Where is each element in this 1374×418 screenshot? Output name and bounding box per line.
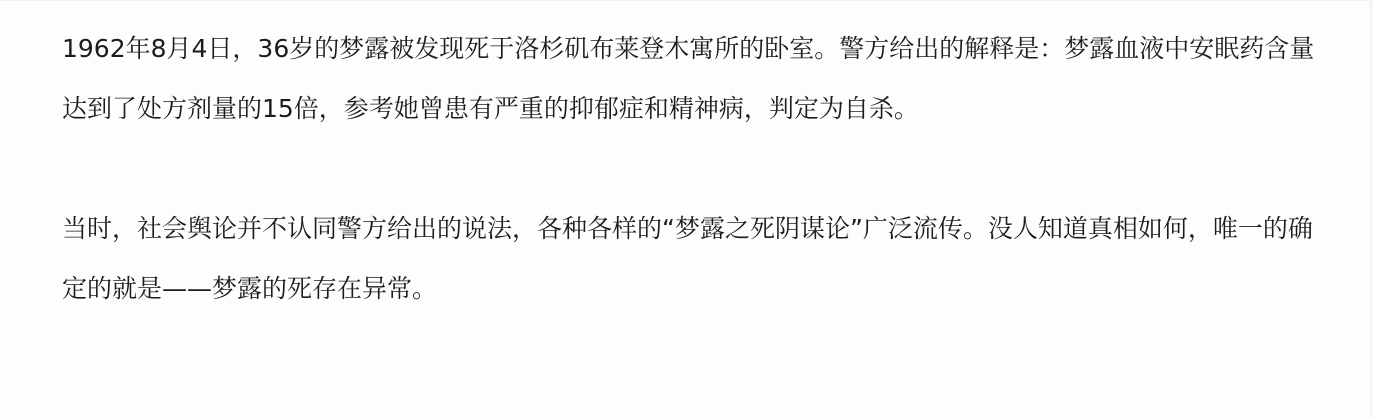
paragraph-public-opinion: 当时，社会舆论并不认同警方给出的说法，各种各样的“梦露之死阴谋论”广泛流传。没人…: [62, 199, 1322, 319]
page-frame: 1962年8月4日，36岁的梦露被发现死于洛杉矶布莱登木寓所的卧室。警方给出的解…: [0, 0, 1372, 417]
paragraph-death-report: 1962年8月4日，36岁的梦露被发现死于洛杉矶布莱登木寓所的卧室。警方给出的解…: [62, 19, 1322, 139]
article-body: 1962年8月4日，36岁的梦露被发现死于洛杉矶布莱登木寓所的卧室。警方给出的解…: [62, 19, 1322, 319]
